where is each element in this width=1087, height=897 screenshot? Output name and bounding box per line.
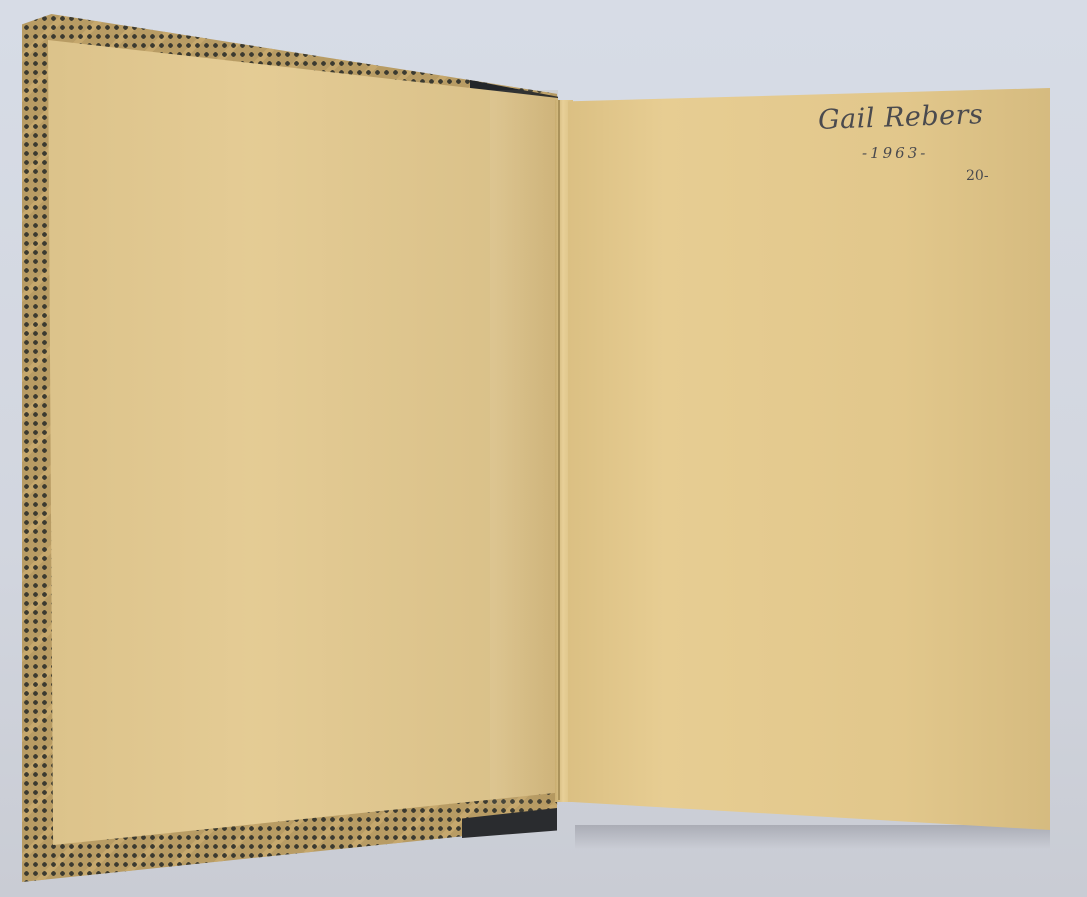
- book-photo: Gail Rebers -1963- 20-: [0, 0, 1087, 897]
- page-shadow: [575, 825, 1050, 849]
- left-endpaper: [48, 40, 558, 845]
- gutter-crease: [558, 100, 560, 800]
- right-endpaper: [568, 88, 1050, 830]
- inscription-year: -1963-: [862, 144, 928, 162]
- owner-signature: Gail Rebers: [818, 99, 984, 136]
- left-endpaper-fold: [490, 90, 558, 805]
- pencil-price: 20-: [966, 168, 989, 184]
